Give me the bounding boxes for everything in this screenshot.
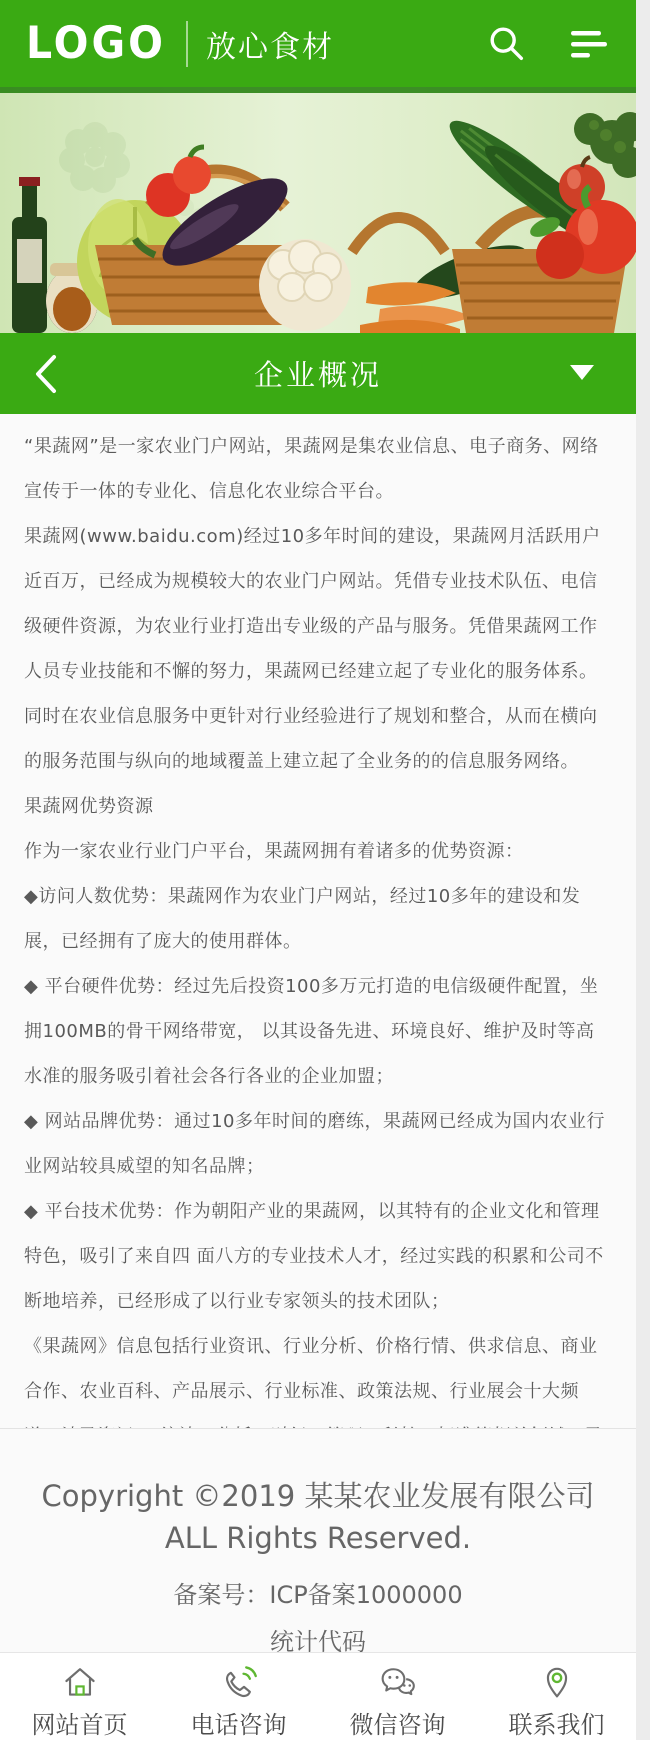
article-paragraph: 《果蔬网》信息包括行业资讯、行业分析、价格行情、供求信息、商业合作、农业百科、产… <box>24 1324 612 1428</box>
article-paragraph: 果蔬网优势资源 <box>24 784 612 829</box>
nav-label: 联系我们 <box>509 1705 605 1740</box>
nav-label: 网站首页 <box>32 1705 128 1740</box>
scrollbar[interactable] <box>636 0 650 1740</box>
page-viewport: LOGO 放心食材 <box>0 0 636 1740</box>
chevron-left-icon[interactable] <box>32 353 58 395</box>
article-paragraph: ◆ 平台技术优势：作为朝阳产业的果蔬网，以其特有的企业文化和管理特色，吸引了来自… <box>24 1189 612 1324</box>
app-header: LOGO 放心食材 <box>0 0 636 87</box>
mobile-page: LOGO 放心食材 <box>0 0 650 1740</box>
site-tagline: 放心食材 <box>206 22 334 66</box>
nav-item-wechat[interactable]: 微信咨询 <box>318 1653 477 1740</box>
nav-label: 微信咨询 <box>350 1705 446 1740</box>
search-icon[interactable] <box>486 23 528 65</box>
logo-divider <box>186 21 188 67</box>
nav-item-home[interactable]: 网站首页 <box>0 1653 159 1740</box>
bottom-nav-bar: 网站首页 电话咨询 微信咨询 <box>0 1652 636 1740</box>
caret-down-icon[interactable] <box>570 365 594 381</box>
page-title-bar: 企业概况 <box>0 333 636 414</box>
nav-item-contact[interactable]: 联系我们 <box>477 1653 636 1740</box>
page-footer: Copyright ©2019 某某农业发展有限公司 ALL Rights Re… <box>0 1428 636 1652</box>
icp-record-text: 备案号：ICP备案1000000 <box>0 1575 636 1610</box>
article-paragraph: ◆ 平台硬件优势：经过先后投资100多万元打造的电信级硬件配置，坐拥100MB的… <box>24 964 612 1099</box>
article-paragraph: 果蔬网(www.baidu.com)经过10多年时间的建设，果蔬网月活跃用户近百… <box>24 514 612 784</box>
article-content: “果蔬网”是一家农业门户网站，果蔬网是集农业信息、电子商务、网络宣传于一体的专业… <box>0 414 636 1428</box>
copyright-text: Copyright ©2019 某某农业发展有限公司 ALL Rights Re… <box>38 1475 598 1559</box>
article-paragraph: 作为一家农业行业门户平台，果蔬网拥有着诸多的优势资源： <box>24 829 612 874</box>
article-paragraph: “果蔬网”是一家农业门户网站，果蔬网是集农业信息、电子商务、网络宣传于一体的专业… <box>24 424 612 514</box>
phone-icon <box>219 1662 259 1700</box>
article-paragraph: ◆ 网站品牌优势：通过10多年时间的磨练，果蔬网已经成为国内农业行业网站较具威望… <box>24 1099 612 1189</box>
hamburger-menu-icon[interactable] <box>568 24 608 64</box>
article-paragraph: ◆访问人数优势：果蔬网作为农业门户网站，经过10多年的建设和发展，已经拥有了庞大… <box>24 874 612 964</box>
nav-item-phone[interactable]: 电话咨询 <box>159 1653 318 1740</box>
location-pin-icon <box>537 1662 577 1700</box>
wechat-icon <box>378 1662 418 1700</box>
hero-banner-image <box>0 87 636 333</box>
page-title: 企业概况 <box>254 353 382 394</box>
home-icon <box>60 1662 100 1700</box>
logo[interactable]: LOGO <box>26 21 166 65</box>
nav-label: 电话咨询 <box>191 1705 287 1740</box>
